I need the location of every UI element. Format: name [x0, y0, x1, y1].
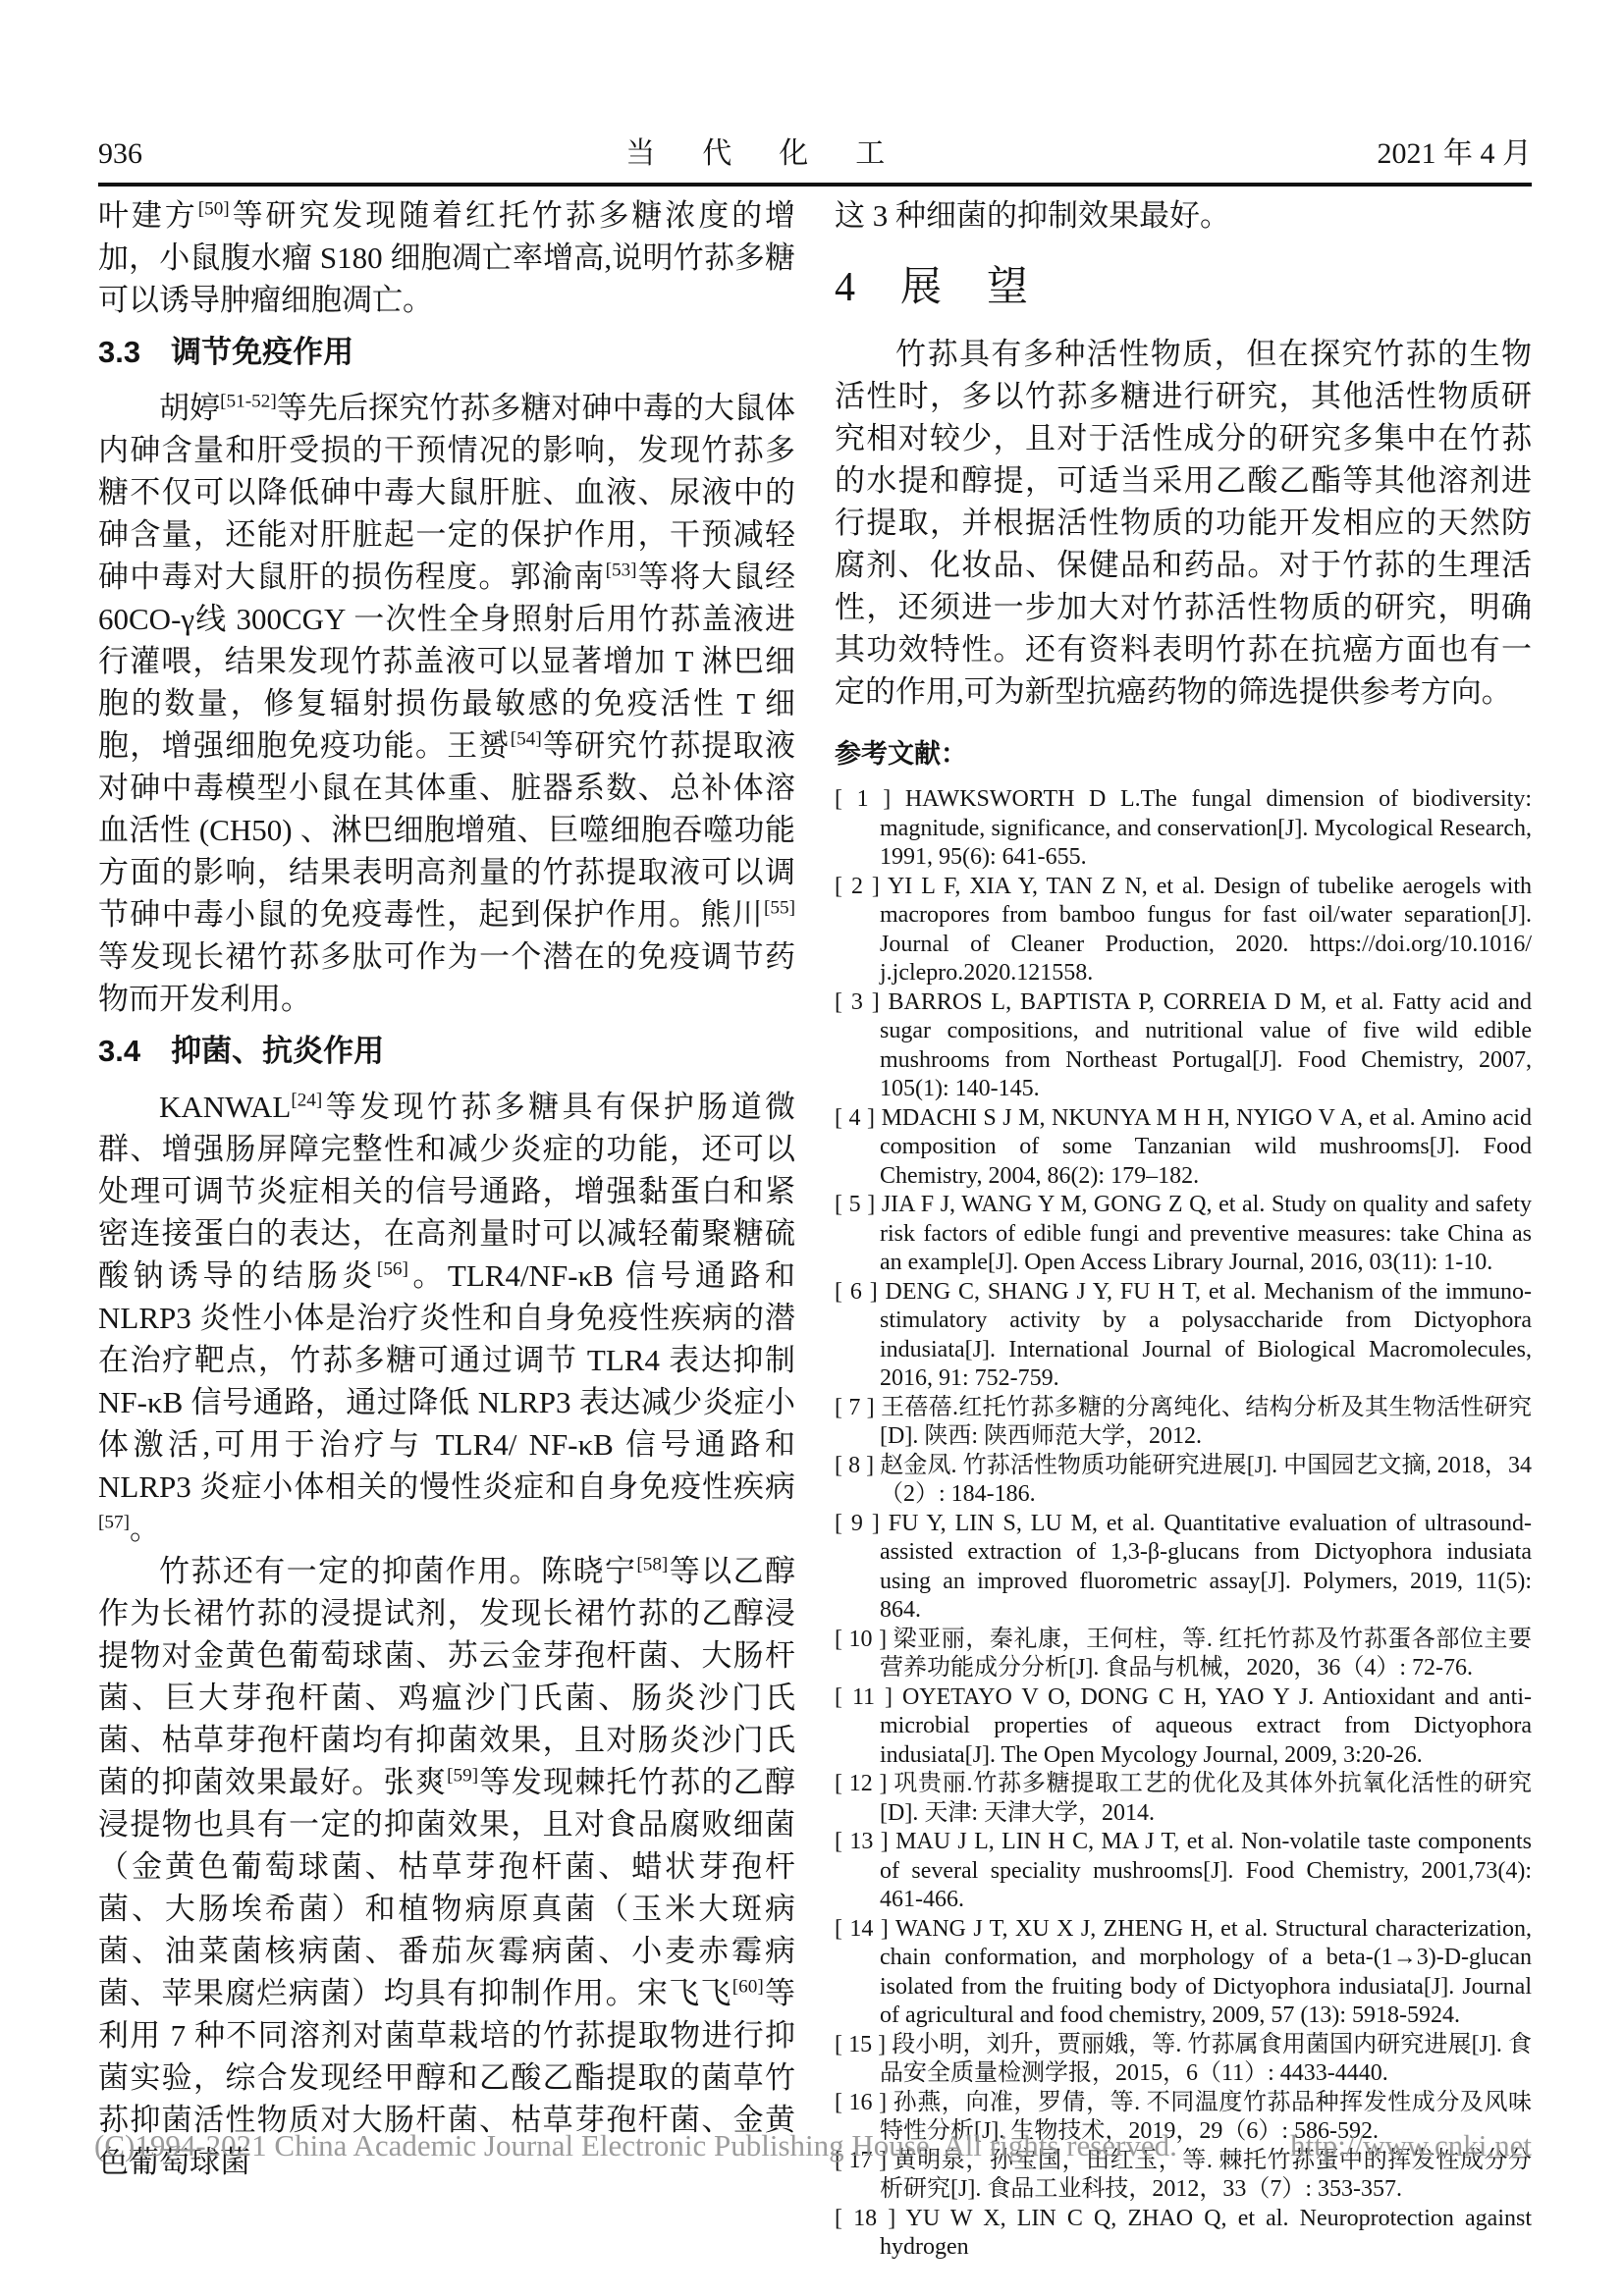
header-rule: [98, 183, 1532, 187]
reference-number: [ 10 ]: [835, 1627, 887, 1652]
reference-item: [ 2 ] YI L F, XIA Y, TAN Z N, et al. Des…: [835, 873, 1532, 988]
reference-number: [ 9 ]: [835, 1511, 880, 1536]
paragraph-continued-from-previous-page: 叶建方[50]等研究发现随着红托竹荪多糖浓度的增加，小鼠腹水瘤 S180 细胞凋…: [98, 194, 795, 321]
paragraph-continued-from-left-column: 这 3 种细菌的抑制效果最好。: [835, 194, 1532, 237]
section-3-4-paragraph-2: 竹荪还有一定的抑菌作用。陈晓宁[58]等以乙醇作为长裙竹荪的浸提试剂，发现长裙竹…: [98, 1550, 795, 2183]
reference-item: [ 1 ] HAWKSWORTH D L.The fungal dimensio…: [835, 785, 1532, 873]
reference-number: [ 8 ]: [835, 1453, 874, 1478]
reference-number: [ 14 ]: [835, 1916, 889, 1942]
reference-item: [ 18 ] YU W X, LIN C Q, ZHAO Q, et al. N…: [835, 2205, 1532, 2263]
references-list: [ 1 ] HAWKSWORTH D L.The fungal dimensio…: [835, 785, 1532, 2263]
reference-item: [ 8 ] 赵金凤. 竹荪活性物质功能研究进展[J]. 中国园艺文摘, 2018…: [835, 1452, 1532, 1510]
reference-item: [ 5 ] JIA F J, WANG Y M, GONG Z Q, et al…: [835, 1191, 1532, 1278]
reference-number: [ 12 ]: [835, 1771, 888, 1796]
references-heading: 参考文献：: [835, 736, 1532, 772]
reference-number: [ 6 ]: [835, 1279, 878, 1305]
reference-item: [ 6 ] DENG C, SHANG J Y, FU H T, et al. …: [835, 1278, 1532, 1394]
reference-text: JIA F J, WANG Y M, GONG Z Q, et al. Stud…: [880, 1192, 1532, 1275]
reference-text: 王蓓蓓.红托竹荪多糖的分离纯化、结构分析及其生物活性研究[D]. 陕西: 陕西师…: [880, 1395, 1532, 1450]
section-4-paragraph: 竹荪具有多种活性物质，但在探究竹荪的生物活性时，多以竹荪多糖进行研究，其他活性物…: [835, 333, 1532, 713]
reference-text: 段小明，刘升，贾丽娥，等. 竹荪属食用菌国内研究进展[J]. 食品安全质量检测学…: [880, 2032, 1532, 2087]
reference-text: OYETAYO V O, DONG C H, YAO Y J. Antioxid…: [880, 1684, 1532, 1768]
page-footer-watermark: (C)1994-2021 China Academic Journal Elec…: [94, 2128, 1532, 2163]
reference-number: [ 3 ]: [835, 989, 880, 1015]
journal-page: 936 当 代 化 工 2021 年 4 月 叶建方[50]等研究发现随着红托竹…: [0, 0, 1624, 2296]
reference-text: BARROS L, BAPTISTA P, CORREIA D M, et al…: [880, 989, 1532, 1102]
reference-number: [ 13 ]: [835, 1829, 889, 1854]
section-3-3-paragraph: 胡婷[51-52]等先后探究竹荪多糖对砷中毒的大鼠体内砷含量和肝受损的干预情况的…: [98, 387, 795, 1020]
section-heading-3-4: 3.4 抑菌、抗炎作用: [98, 1030, 795, 1072]
reference-item: [ 7 ] 王蓓蓓.红托竹荪多糖的分离纯化、结构分析及其生物活性研究[D]. 陕…: [835, 1394, 1532, 1452]
reference-text: MAU J L, LIN H C, MA J T, et al. Non-vol…: [880, 1829, 1532, 1912]
reference-number: [ 18 ]: [835, 2206, 895, 2231]
reference-number: [ 11 ]: [835, 1684, 893, 1710]
reference-item: [ 12 ] 巩贵丽.竹荪多糖提取工艺的优化及其体外抗氧化活性的研究[D]. 天…: [835, 1770, 1532, 1828]
two-column-body: 叶建方[50]等研究发现随着红托竹荪多糖浓度的增加，小鼠腹水瘤 S180 细胞凋…: [98, 194, 1532, 2263]
reference-text: DENG C, SHANG J Y, FU H T, et al. Mechan…: [880, 1279, 1532, 1392]
reference-number: [ 15 ]: [835, 2032, 886, 2057]
reference-item: [ 9 ] FU Y, LIN S, LU M, et al. Quantita…: [835, 1510, 1532, 1626]
reference-number: [ 5 ]: [835, 1192, 875, 1217]
section-3-4-paragraph-1: KANWAL[24]等发现竹荪多糖具有保护肠道微群、增强肠屏障完整性和减少炎症的…: [98, 1086, 795, 1550]
copyright-watermark: (C)1994-2021 China Academic Journal Elec…: [94, 2128, 1177, 2163]
reference-item: [ 15 ] 段小明，刘升，贾丽娥，等. 竹荪属食用菌国内研究进展[J]. 食品…: [835, 2031, 1532, 2089]
cnki-url: http://www.cnki.net: [1290, 2128, 1532, 2163]
reference-item: [ 11 ] OYETAYO V O, DONG C H, YAO Y J. A…: [835, 1683, 1532, 1771]
reference-text: YI L F, XIA Y, TAN Z N, et al. Design of…: [880, 874, 1532, 987]
reference-text: 巩贵丽.竹荪多糖提取工艺的优化及其体外抗氧化活性的研究[D]. 天津: 天津大学…: [880, 1771, 1532, 1826]
right-column: 这 3 种细菌的抑制效果最好。 4 展 望 竹荪具有多种活性物质，但在探究竹荪的…: [835, 194, 1532, 2263]
reference-number: [ 4 ]: [835, 1105, 875, 1131]
reference-text: HAWKSWORTH D L.The fungal dimension of b…: [880, 786, 1532, 870]
left-column: 叶建方[50]等研究发现随着红托竹荪多糖浓度的增加，小鼠腹水瘤 S180 细胞凋…: [98, 194, 795, 2263]
reference-item: [ 4 ] MDACHI S J M, NKUNYA M H H, NYIGO …: [835, 1104, 1532, 1192]
reference-text: FU Y, LIN S, LU M, et al. Quantitative e…: [880, 1511, 1532, 1624]
reference-text: WANG J T, XU X J, ZHENG H, et al. Struct…: [880, 1916, 1532, 2029]
reference-text: MDACHI S J M, NKUNYA M H H, NYIGO V A, e…: [880, 1105, 1532, 1189]
reference-number: [ 1 ]: [835, 786, 891, 812]
reference-number: [ 16 ]: [835, 2090, 887, 2115]
reference-text: 梁亚丽，秦礼康，王何柱，等. 红托竹荪及竹荪蛋各部位主要营养功能成分分析[J].…: [880, 1627, 1532, 1682]
reference-text: YU W X, LIN C Q, ZHAO Q, et al. Neuropro…: [880, 2206, 1532, 2261]
reference-item: [ 14 ] WANG J T, XU X J, ZHENG H, et al.…: [835, 1915, 1532, 2031]
reference-item: [ 13 ] MAU J L, LIN H C, MA J T, et al. …: [835, 1828, 1532, 1915]
reference-item: [ 3 ] BARROS L, BAPTISTA P, CORREIA D M,…: [835, 988, 1532, 1104]
section-heading-4: 4 展 望: [835, 262, 1532, 313]
page-header: 936 当 代 化 工 2021 年 4 月: [98, 137, 1532, 171]
issue-date: 2021 年 4 月: [1378, 137, 1533, 171]
journal-title: 当 代 化 工: [625, 137, 893, 171]
reference-number: [ 2 ]: [835, 874, 880, 899]
section-heading-3-3: 3.3 调节免疫作用: [98, 331, 795, 373]
page-number: 936: [98, 137, 142, 171]
reference-item: [ 10 ] 梁亚丽，秦礼康，王何柱，等. 红托竹荪及竹荪蛋各部位主要营养功能成…: [835, 1626, 1532, 1683]
reference-number: [ 7 ]: [835, 1395, 875, 1420]
reference-text: 赵金凤. 竹荪活性物质功能研究进展[J]. 中国园艺文摘, 2018，34（2）…: [880, 1453, 1532, 1508]
